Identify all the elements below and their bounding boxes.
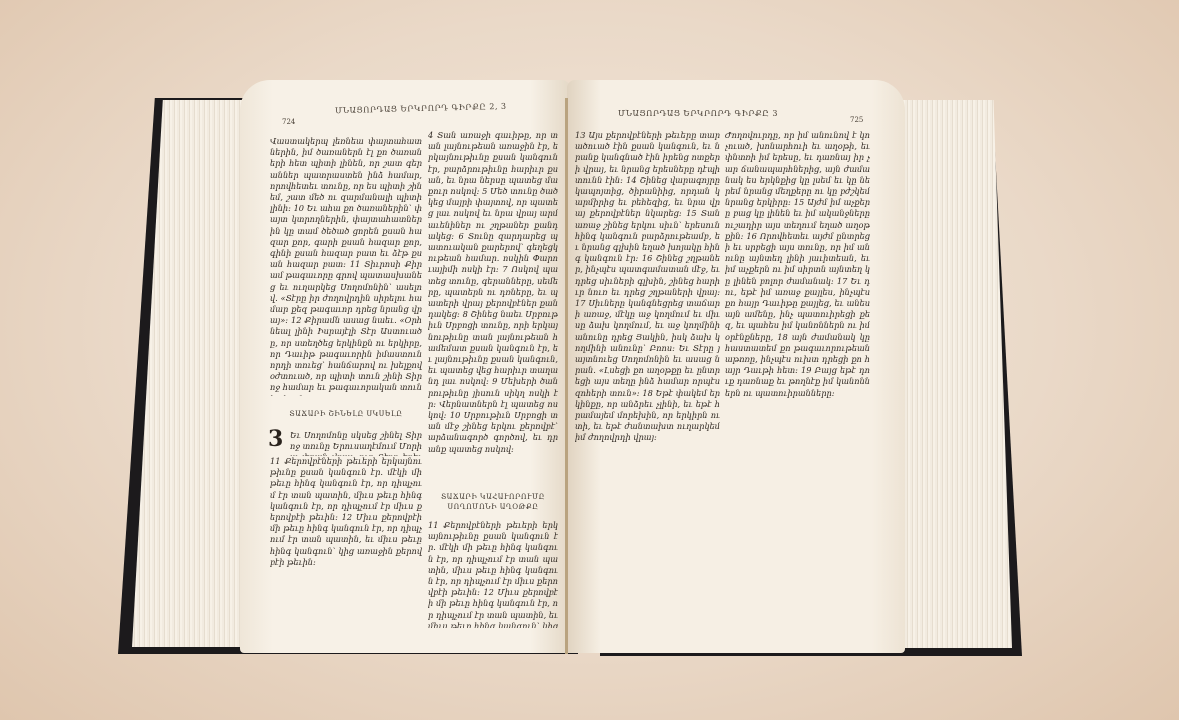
left-page-column-2: 4 Տան առաջի գաւիթը, որ տան լայնութեան առ… [428,130,558,482]
chapter-number: 3 [268,426,283,452]
right-running-header: ՄՆԱՑՈՐԴԱՑ ԵՐԿՐՈՐԴ ԳԻՐՔԸ 3 [618,109,778,118]
right-page-number: 725 [850,116,863,124]
left-page-number: 724 [282,118,295,126]
left-page-column-1b-lead: Եւ Սողոմոնը սկսեց շինել Տիրոջ տունը Երու… [290,430,422,456]
left-page-column-1b: 11 Քերովբէների թեւերի երկայնութիւնը քսան… [270,456,422,626]
book-gutter [565,98,568,654]
right-page-column-2: Ժողովուրդը, որ իմ անունով է կոչուած, խոն… [725,130,870,630]
left-section-heading-2: ՏԱՃԱՐԻ ԿԱՀԱՒՈՐՈՒՄԸ ՍՈՂՈՄՈՆԻ ԱՂՕԹՔԸ [428,492,558,512]
right-page-column-1: 13 Այս քերովբէների թեւերը տարածուած էին … [575,130,720,630]
left-section-heading: ՏԱՃԱՐԻ ՇԻՆԵԼԸ ՍԿՍԵԼԸ [270,410,422,418]
left-page-column-2b: 11 Քերովբէների թեւերի երկայնութիւնը քսան… [428,520,558,628]
left-page-column-1: Վաստակերպ լեռնեա փայտահատներին, իմ ծառան… [270,136,422,396]
